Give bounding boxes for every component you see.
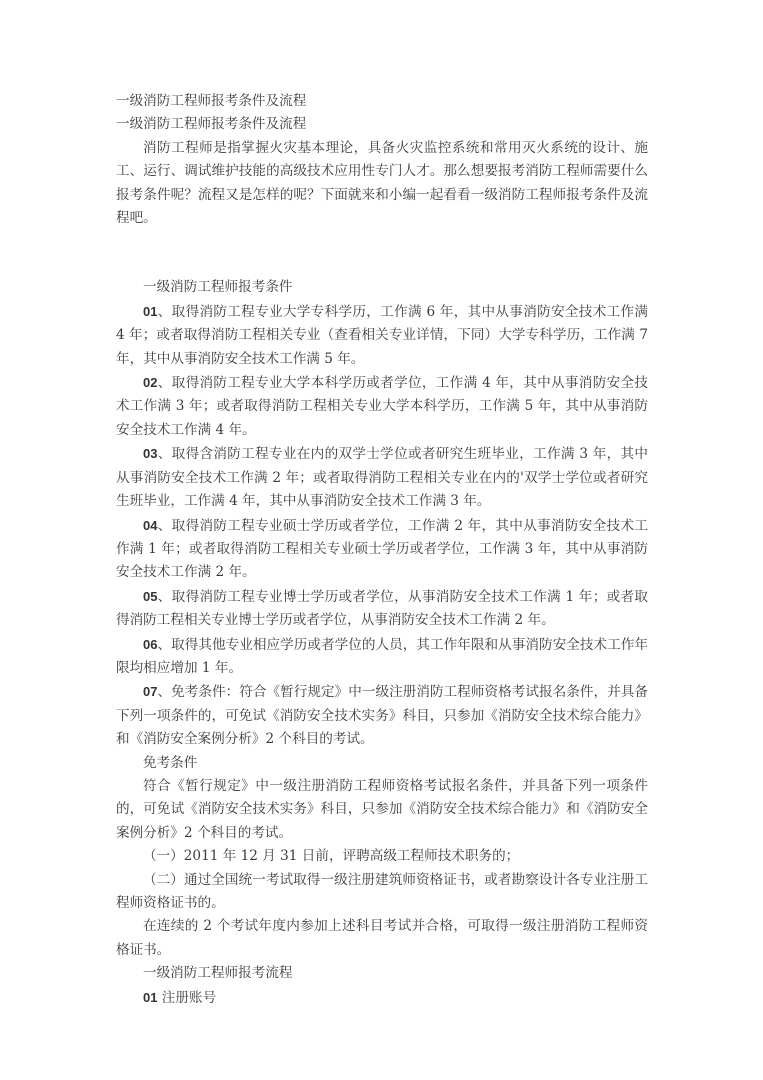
condition-item: 04、取得消防工程专业硕士学历或者学位，工作满 2 年，其中从事消防安全技术工作… bbox=[116, 514, 648, 585]
condition-text: 、取得消防工程专业博士学历或者学位，从事消防安全技术工作满 1 年；或者取得消防… bbox=[116, 589, 648, 628]
condition-number: 02 bbox=[143, 375, 157, 390]
condition-text: 、取得消防工程专业硕士学历或者学位，工作满 2 年，其中从事消防安全技术工作满 … bbox=[116, 518, 648, 581]
condition-number: 01 bbox=[143, 304, 157, 319]
step-text: 注册账号 bbox=[157, 990, 216, 1006]
condition-text: 、取得其他专业相应学历或者学位的人员，其工作年限和从事消防安全技术工作年限均相应… bbox=[116, 637, 648, 676]
process-heading: 一级消防工程师报考流程 bbox=[116, 962, 648, 985]
exempt-intro: 符合《暂行规定》中一级注册消防工程师资格考试报名条件，并具备下列一项条件的，可免… bbox=[116, 775, 648, 845]
document-page: 一级消防工程师报考条件及流程 一级消防工程师报考条件及流程 消防工程师是指掌握火… bbox=[116, 90, 648, 1010]
step-number: 01 bbox=[143, 990, 157, 1005]
condition-item: 01、取得消防工程专业大学专科学历，工作满 6 年，其中从事消防安全技术工作满 … bbox=[116, 300, 648, 371]
exempt-heading: 免考条件 bbox=[116, 752, 648, 775]
condition-text: 、取得消防工程专业大学专科学历，工作满 6 年，其中从事消防安全技术工作满 4 … bbox=[116, 304, 648, 367]
condition-number: 05 bbox=[143, 589, 157, 604]
condition-number: 03 bbox=[143, 446, 157, 461]
spacer bbox=[116, 230, 648, 276]
process-step: 01 注册账号 bbox=[116, 986, 648, 1010]
condition-text: 、免考条件：符合《暂行规定》中一级注册消防工程师资格考试报名条件，并具备下列一项… bbox=[116, 684, 648, 747]
document-subtitle: 一级消防工程师报考条件及流程 bbox=[116, 113, 648, 136]
condition-number: 06 bbox=[143, 637, 157, 652]
condition-item: 05、取得消防工程专业博士学历或者学位，从事消防安全技术工作满 1 年；或者取得… bbox=[116, 585, 648, 633]
condition-item: 06、取得其他专业相应学历或者学位的人员，其工作年限和从事消防安全技术工作年限均… bbox=[116, 633, 648, 681]
exempt-note: 在连续的 2 个考试年度内参加上述科目考试并合格，可取得一级注册消防工程师资格证… bbox=[116, 915, 648, 962]
conditions-heading: 一级消防工程师报考条件 bbox=[116, 276, 648, 299]
condition-number: 07 bbox=[143, 684, 157, 699]
document-title: 一级消防工程师报考条件及流程 bbox=[116, 90, 648, 113]
condition-item: 03、取得含消防工程专业在内的双学士学位或者研究生班毕业，工作满 3 年，其中从… bbox=[116, 442, 648, 513]
condition-text: 、取得消防工程专业大学本科学历或者学位，工作满 4 年，其中从事消防安全技术工作… bbox=[116, 375, 648, 438]
condition-item: 02、取得消防工程专业大学本科学历或者学位，工作满 4 年，其中从事消防安全技术… bbox=[116, 371, 648, 442]
condition-text: 、取得含消防工程专业在内的双学士学位或者研究生班毕业，工作满 3 年，其中从事消… bbox=[116, 446, 648, 509]
condition-number: 04 bbox=[143, 518, 157, 533]
condition-item: 07、免考条件：符合《暂行规定》中一级注册消防工程师资格考试报名条件，并具备下列… bbox=[116, 680, 648, 751]
exempt-item: （一）2011 年 12 月 31 日前，评聘高级工程师技术职务的； bbox=[116, 845, 648, 868]
intro-paragraph: 消防工程师是指掌握火灾基本理论，具备火灾监控系统和常用灭火系统的设计、施工、运行… bbox=[116, 137, 648, 231]
exempt-item: （二）通过全国统一考试取得一级注册建筑师资格证书，或者勘察设计各专业注册工程师资… bbox=[116, 869, 648, 916]
